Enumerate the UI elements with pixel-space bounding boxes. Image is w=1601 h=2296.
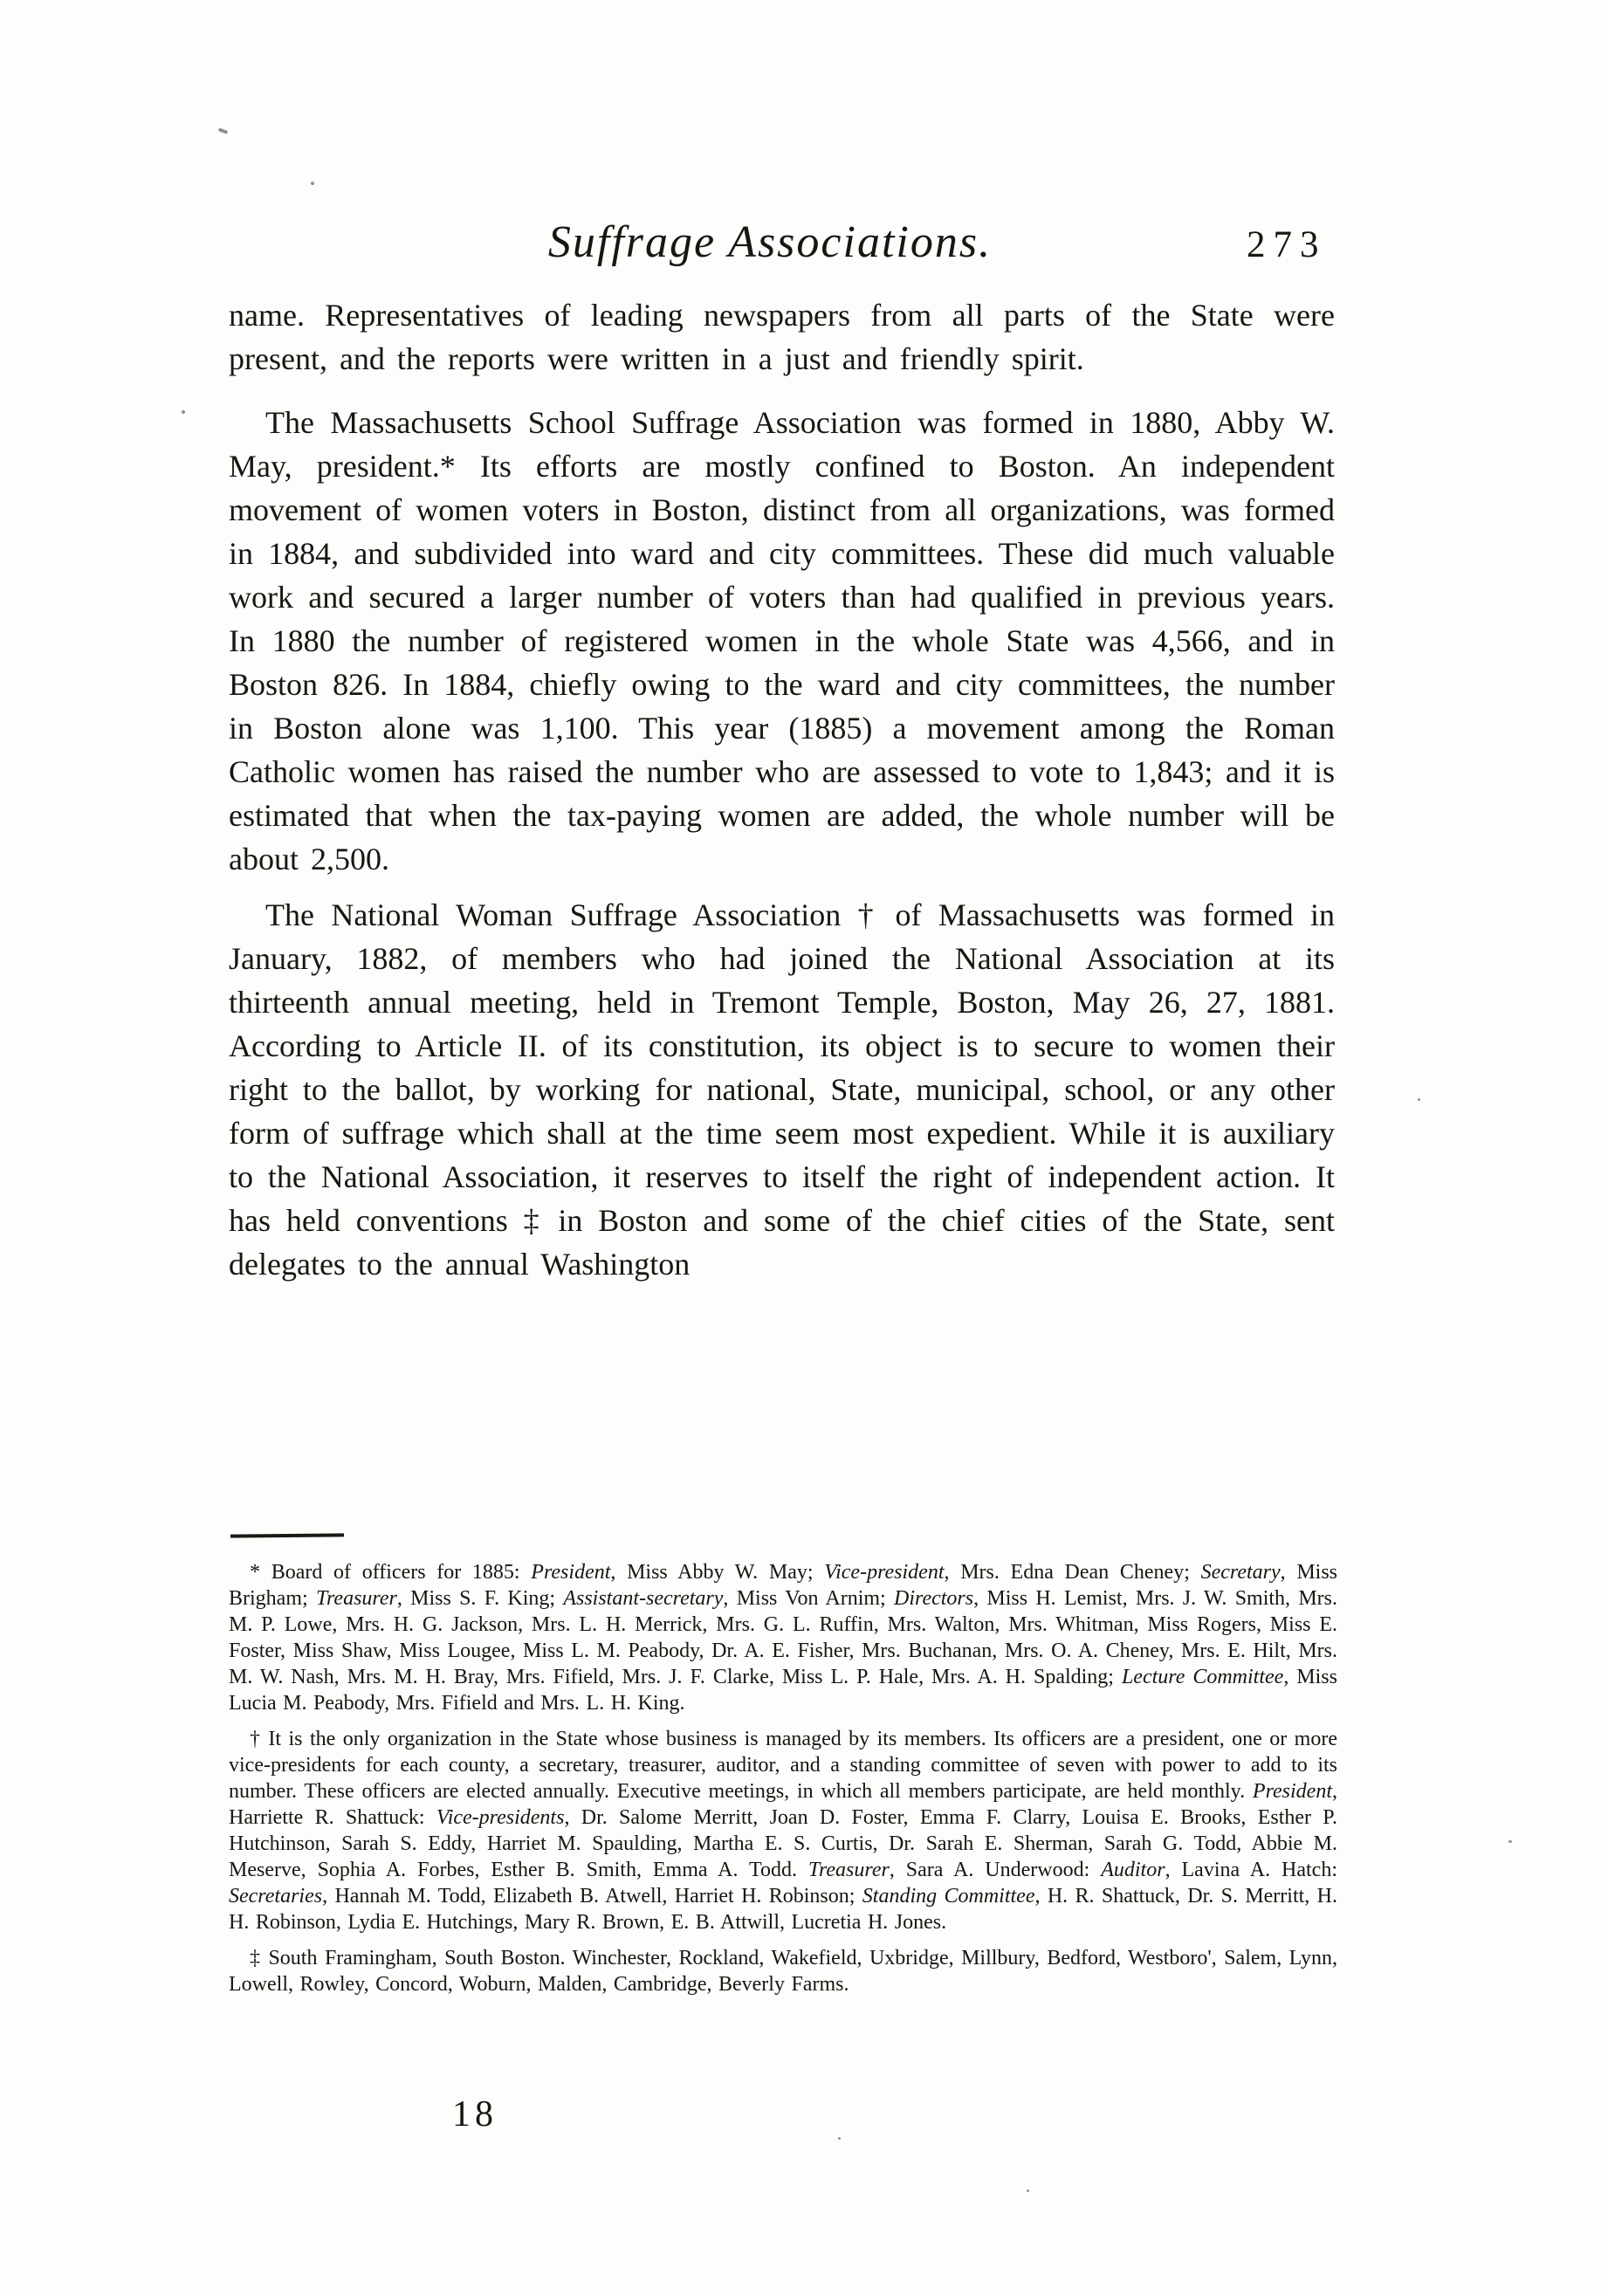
footnote-double-dagger: ‡ South Framingham, South Boston. Winche…: [229, 1945, 1337, 1997]
paragraph-national-suffrage: The National Woman Suffrage Association …: [229, 893, 1335, 1286]
signature-mark: 18: [452, 2093, 498, 2135]
footnote-separator-rule: [230, 1533, 344, 1537]
running-header-title: Suffrage Associations.: [229, 217, 1311, 268]
footnotes-block: * Board of officers for 1885: President,…: [229, 1559, 1337, 2007]
scan-speck: [1027, 2189, 1029, 2192]
scan-speck: [311, 182, 314, 185]
scan-speck: [218, 127, 229, 134]
page-number: 273: [1247, 223, 1327, 266]
scan-speck: [1418, 1098, 1420, 1101]
footnote-asterisk: * Board of officers for 1885: President,…: [229, 1559, 1337, 1716]
book-page: Suffrage Associations. 273 name. Represe…: [0, 0, 1601, 2296]
footnote-dagger: † It is the only organization in the Sta…: [229, 1726, 1337, 1935]
paragraph-continuation: name. Representatives of leading newspap…: [229, 293, 1335, 381]
scan-speck: [1508, 1840, 1512, 1843]
paragraph-school-suffrage: The Massachusetts School Suffrage Associ…: [229, 401, 1335, 881]
scan-speck: [838, 2137, 841, 2140]
body-text-block: name. Representatives of leading newspap…: [229, 293, 1335, 1286]
scan-speck: [182, 410, 185, 414]
